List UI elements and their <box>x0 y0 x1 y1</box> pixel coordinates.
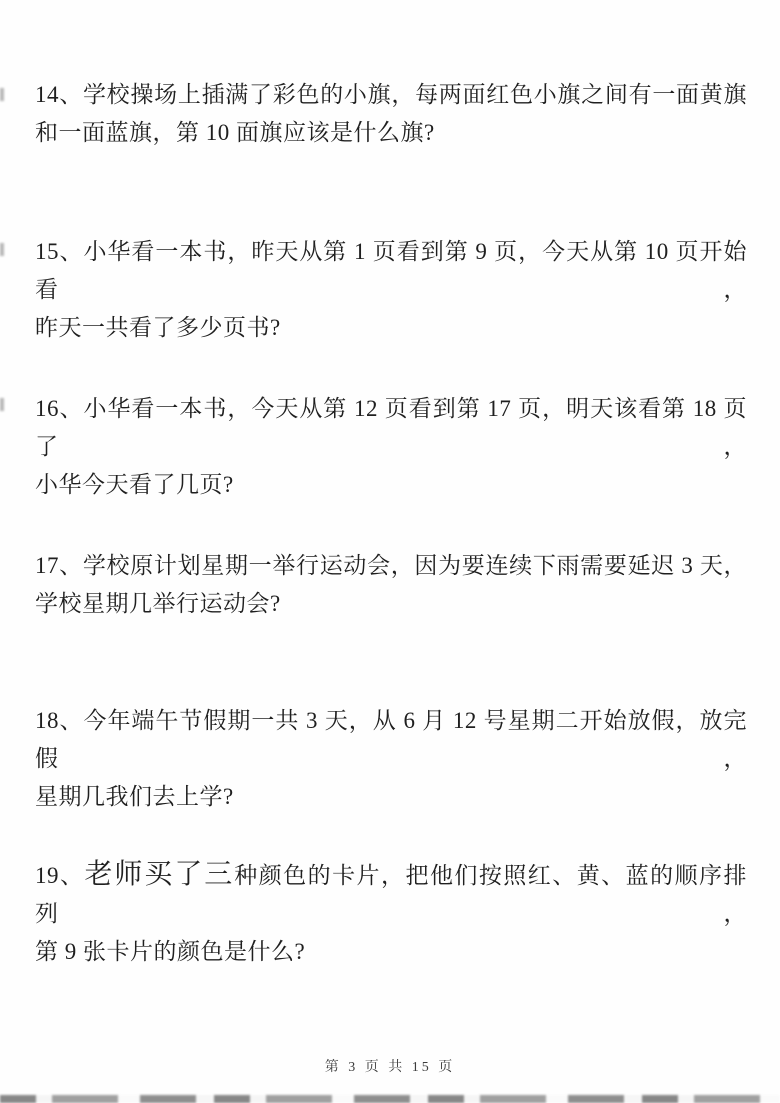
scan-smudge <box>0 88 4 101</box>
page-footer: 第 3 页 共 15 页 <box>0 1059 780 1077</box>
question-19-number: 19、 <box>35 863 84 888</box>
question-line: 昨天一共看了多少页书? <box>35 309 747 347</box>
question-16: 16、小华看一本书，今天从第 12 页看到第 17 页，明天该看第 18 页了，… <box>35 390 747 504</box>
question-19-highlight: 老师买了三 <box>84 858 234 889</box>
question-17: 17、学校原计划星期一举行运动会，因为要连续下雨需要延迟 3 天， 学校星期几举… <box>35 547 747 623</box>
question-line: 和一面蓝旗，第 10 面旗应该是什么旗? <box>35 114 747 152</box>
question-14: 14、学校操场上插满了彩色的小旗，每两面红色小旗之间有一面黄旗 和一面蓝旗，第 … <box>35 76 747 152</box>
question-line: 16、小华看一本书，今天从第 12 页看到第 17 页，明天该看第 18 页了， <box>35 390 747 466</box>
next-page-cutoff-artifact <box>0 1095 780 1103</box>
question-line: 14、学校操场上插满了彩色的小旗，每两面红色小旗之间有一面黄旗 <box>35 76 747 114</box>
question-line: 第 9 张卡片的颜色是什么? <box>35 933 747 971</box>
scan-smudge <box>0 398 4 411</box>
question-line: 15、小华看一本书，昨天从第 1 页看到第 9 页，今天从第 10 页开始看， <box>35 233 747 309</box>
question-line: 19、老师买了三种颜色的卡片，把他们按照红、黄、蓝的顺序排列， <box>35 855 747 933</box>
question-line: 小华今天看了几页? <box>35 466 747 504</box>
question-18: 18、今年端午节假期一共 3 天，从 6 月 12 号星期二开始放假，放完假， … <box>35 702 747 816</box>
question-line: 学校星期几举行运动会? <box>35 585 747 623</box>
question-15: 15、小华看一本书，昨天从第 1 页看到第 9 页，今天从第 10 页开始看， … <box>35 233 747 347</box>
scan-smudge <box>0 243 4 256</box>
question-19: 19、老师买了三种颜色的卡片，把他们按照红、黄、蓝的顺序排列， 第 9 张卡片的… <box>35 855 747 971</box>
question-line: 17、学校原计划星期一举行运动会，因为要连续下雨需要延迟 3 天， <box>35 547 747 585</box>
question-line: 18、今年端午节假期一共 3 天，从 6 月 12 号星期二开始放假，放完假， <box>35 702 747 778</box>
question-line: 星期几我们去上学? <box>35 778 747 816</box>
